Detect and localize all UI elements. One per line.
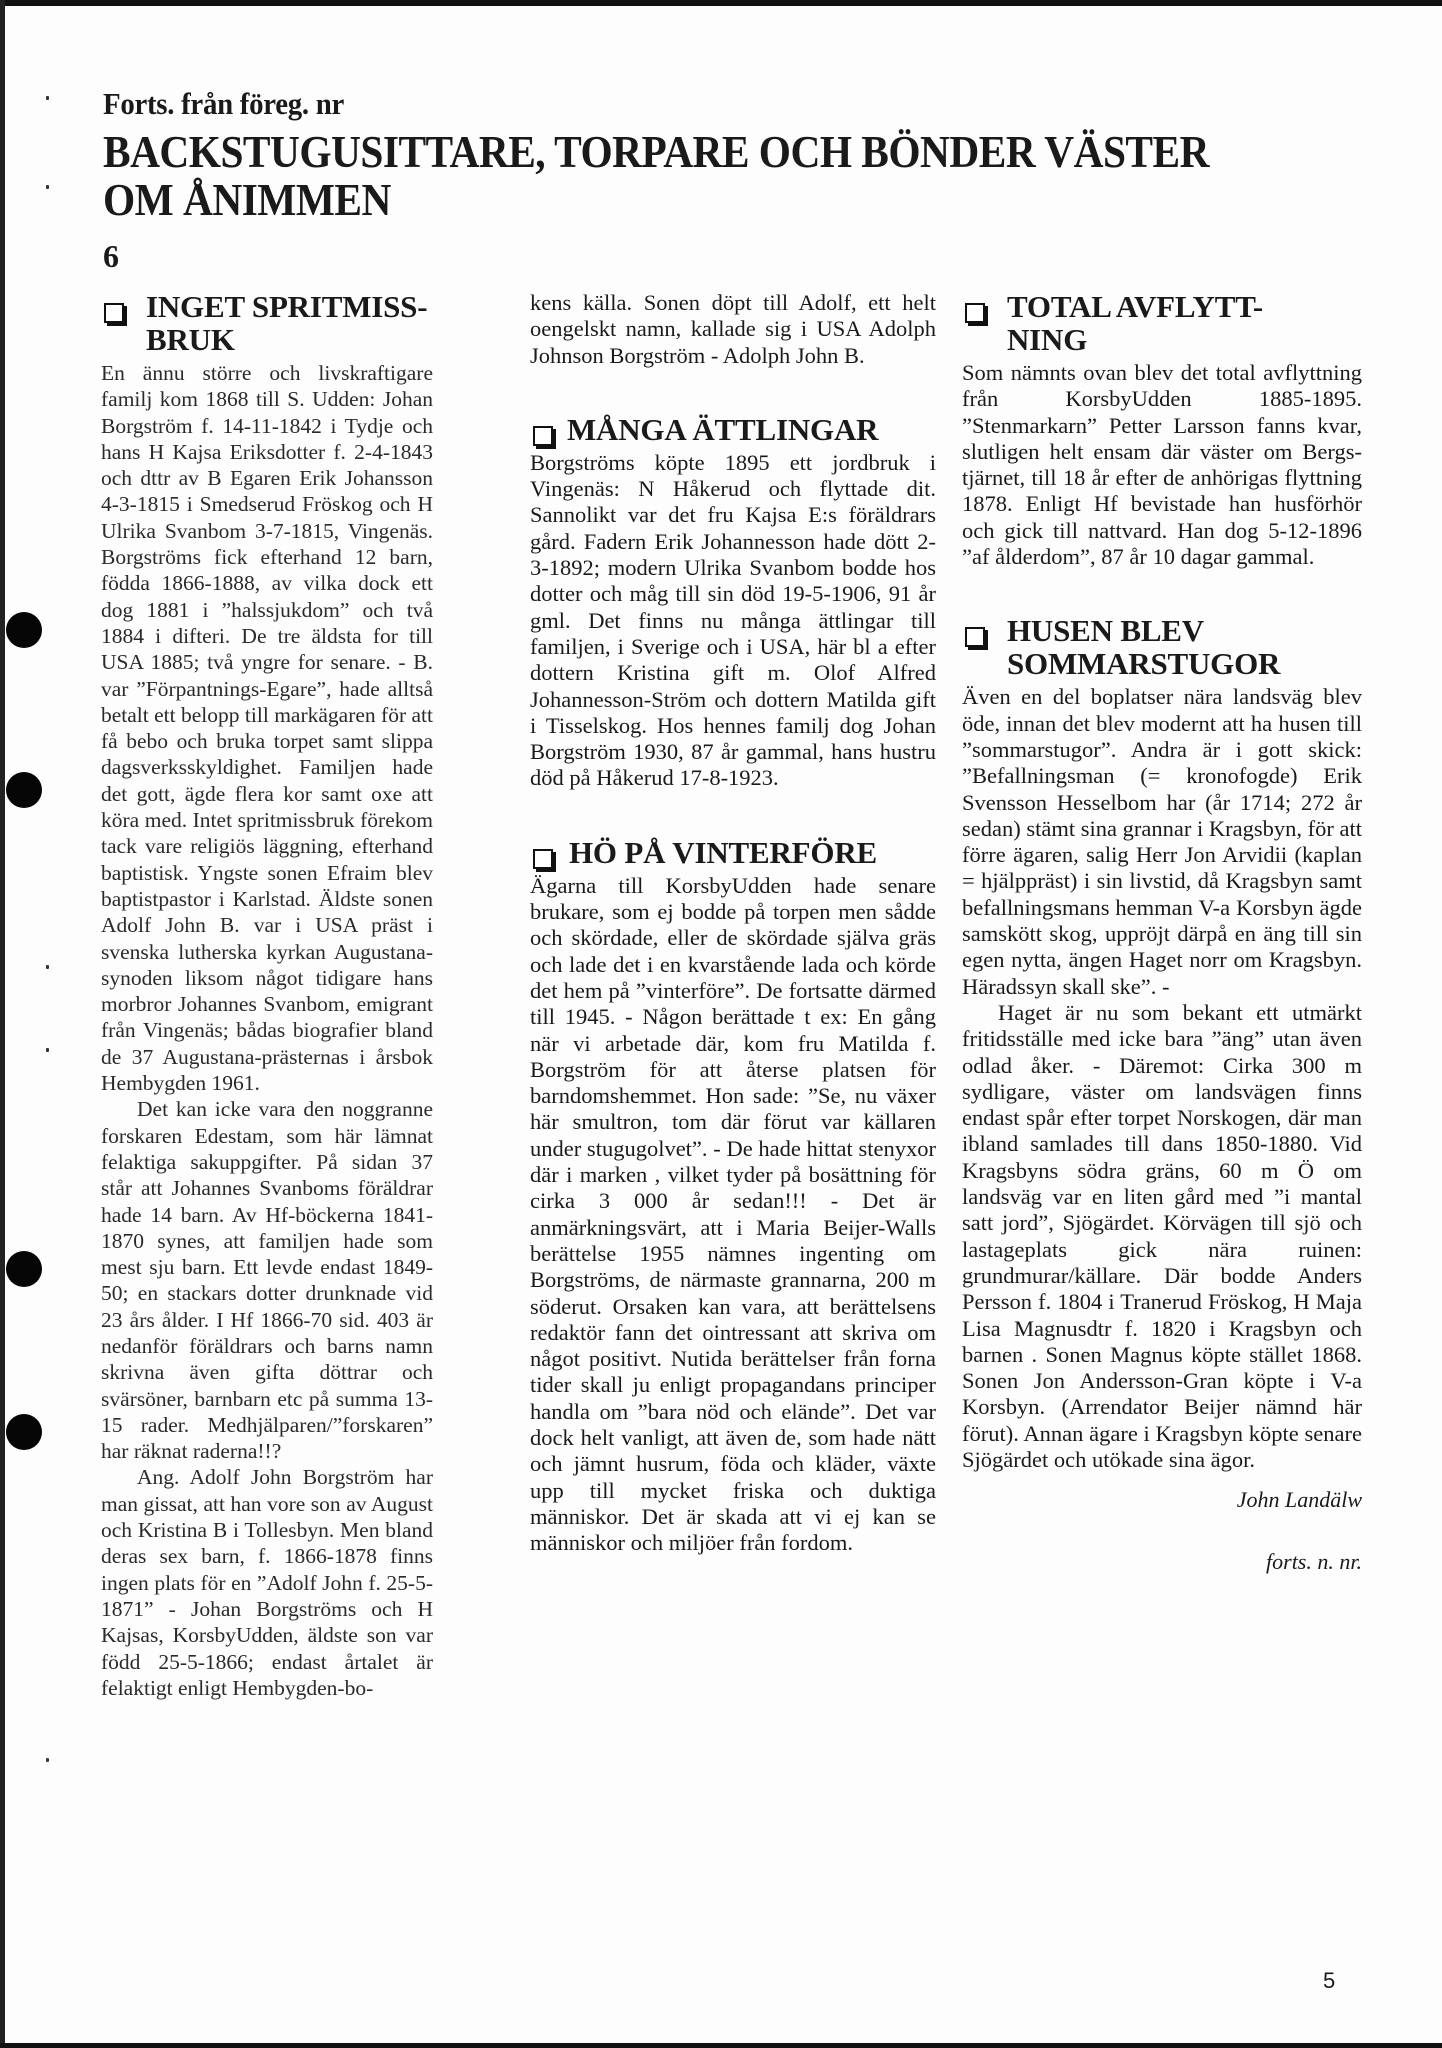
- scan-bottom-border: [0, 2043, 1442, 2048]
- scan-speck: [46, 965, 49, 969]
- paragraph: Som nämnts ovan blev det total avflyttni…: [962, 360, 1362, 570]
- scan-speck: [46, 1758, 49, 1762]
- checkbox-square-icon: [104, 303, 124, 323]
- column-2: kens källa. Sonen döpt till Adolf, ett h…: [530, 290, 936, 1556]
- heading-line: INGET SPRITMISS-: [146, 290, 427, 323]
- paragraph: Ägarna till KorsbyUdden hade senare bruk…: [530, 873, 936, 1557]
- paragraph: Ang. Adolf John Borgström har man gissat…: [101, 1464, 433, 1701]
- page-number: 5: [1323, 1968, 1335, 1994]
- heading-line: TOTAL AVFLYTT-: [1007, 290, 1263, 323]
- checkbox-square-icon: [965, 303, 985, 323]
- scan-speck: [46, 96, 49, 100]
- checkbox-square-icon: [965, 627, 985, 647]
- article-title-line-2: OM ÅNIMMEN: [103, 176, 1209, 224]
- section-heading-husen-blev-sommarstugor: HUSEN BLEV SOMMARSTUGOR: [962, 614, 1362, 680]
- author-signature: John Landälw: [962, 1487, 1362, 1513]
- paragraph: Det kan icke vara den noggranne forskare…: [101, 1096, 433, 1464]
- scan-speck: [46, 185, 49, 189]
- heading-line: HUSEN BLEV: [1007, 614, 1280, 647]
- paragraph: Borgströms köpte 1895 ett jordbruk i Vin…: [530, 450, 936, 792]
- column-3: TOTAL AVFLYTT- NING Som nämnts ovan blev…: [962, 290, 1362, 1575]
- paragraph: Även en del boplatser nära landsväg blev…: [962, 684, 1362, 1000]
- section-heading-total-avflyttning: TOTAL AVFLYTT- NING: [962, 290, 1362, 356]
- continued-next-issue: forts. n. nr.: [962, 1549, 1362, 1575]
- section-heading-manga-attlingar: MÅNGA ÄTTLINGAR: [530, 413, 936, 446]
- checkbox-square-icon: [533, 426, 553, 446]
- heading-text: MÅNGA ÄTTLINGAR: [567, 413, 878, 446]
- article-title-line-1: BACKSTUGUSITTARE, TORPARE OCH BÖNDER VÄS…: [103, 128, 1209, 176]
- punch-hole-icon: [6, 612, 42, 648]
- checkbox-square-icon: [533, 849, 553, 869]
- punch-hole-icon: [6, 1414, 42, 1450]
- scan-top-border: [0, 0, 1442, 6]
- heading-line: BRUK: [146, 323, 427, 356]
- punch-hole-icon: [6, 1251, 42, 1287]
- paragraph: Haget är nu som bekant ett utmärkt friti…: [962, 1000, 1362, 1473]
- column-1: INGET SPRITMISS- BRUK En ännu större och…: [101, 290, 433, 1701]
- continued-from-label: Forts. från föreg. nr: [103, 86, 344, 122]
- article-title: BACKSTUGUSITTARE, TORPARE OCH BÖNDER VÄS…: [103, 128, 1209, 224]
- heading-line: SOMMARSTUGOR: [1007, 647, 1280, 680]
- section-heading-ho-pa-vinterfore: HÖ PÅ VINTERFÖRE: [530, 836, 936, 869]
- paragraph-continuation: kens källa. Sonen döpt till Adolf, ett h…: [530, 290, 936, 369]
- heading-text: HÖ PÅ VINTERFÖRE: [569, 836, 877, 869]
- part-number: 6: [103, 238, 119, 275]
- scan-left-border: [0, 0, 5, 2048]
- section-heading-inget-spritmissbruk: INGET SPRITMISS- BRUK: [101, 290, 433, 356]
- paragraph: En ännu större och livskraftigare familj…: [101, 360, 433, 1096]
- scan-speck: [46, 1048, 49, 1052]
- heading-line: NING: [1007, 323, 1263, 356]
- punch-hole-icon: [6, 772, 42, 808]
